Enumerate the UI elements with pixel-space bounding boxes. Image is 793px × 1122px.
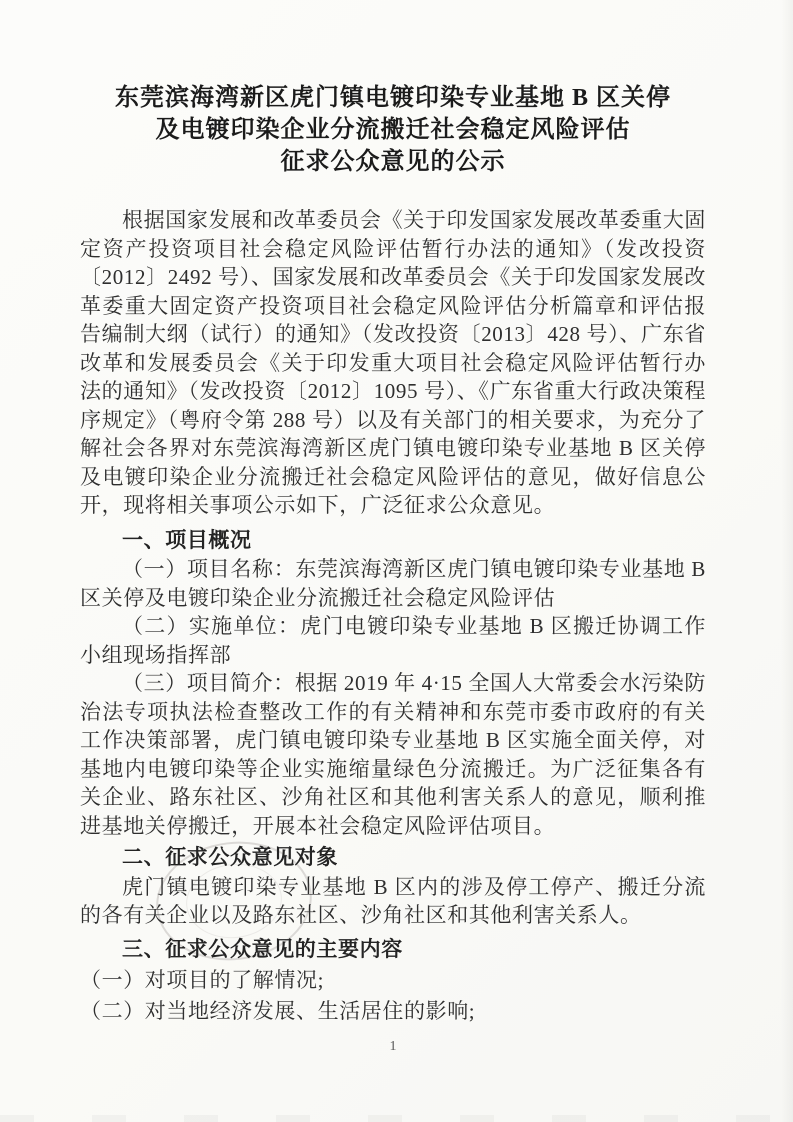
section-1-project-name: （一）项目名称：东莞滨海湾新区虎门镇电镀印染专业基地 B 区关停及电镀印染企业分…	[80, 555, 706, 612]
document-content: 东莞滨海湾新区虎门镇电镀印染专业基地 B 区关停 及电镀印染企业分流搬迁社会稳定…	[80, 0, 706, 1055]
intro-paragraph: 根据国家发展和改革委员会《关于印发国家发展改革委重大固定资产投资项目社会稳定风险…	[80, 206, 706, 520]
section-2-heading: 二、征求公众意见对象	[80, 844, 706, 873]
document-title-line-1: 东莞滨海湾新区虎门镇电镀印染专业基地 B 区关停	[80, 82, 706, 114]
section-2-body: 虎门镇电镀印染专业基地 B 区内的涉及停工停产、搬迁分流的各有关企业以及路东社区…	[80, 873, 706, 930]
section-1-heading: 一、项目概况	[80, 527, 706, 556]
scanned-document-page: 东莞滨海湾新区虎门镇电镀印染专业基地 B 区关停 及电镀印染企业分流搬迁社会稳定…	[0, 0, 793, 1122]
section-3-item-2: （二）对当地经济发展、生活居住的影响;	[80, 997, 706, 1026]
section-1-implement-unit: （二）实施单位：虎门电镀印染专业基地 B 区搬迁协调工作小组现场指挥部	[80, 612, 706, 669]
scanner-edge-right-shadow	[781, 0, 793, 1122]
document-title: 东莞滨海湾新区虎门镇电镀印染专业基地 B 区关停 及电镀印染企业分流搬迁社会稳定…	[80, 82, 706, 178]
document-title-line-2: 及电镀印染企业分流搬迁社会稳定风险评估	[80, 114, 706, 146]
document-title-line-3: 征求公众意见的公示	[80, 146, 706, 178]
scanner-edge-bottom-artifact	[0, 1115, 793, 1122]
page-number: 1	[80, 1039, 706, 1055]
section-3-heading: 三、征求公众意见的主要内容	[80, 936, 706, 965]
section-1-project-brief: （三）项目简介：根据 2019 年 4·15 全国人大常委会水污染防治法专项执法…	[80, 669, 706, 840]
section-3-item-1: （一）对项目的了解情况;	[80, 966, 706, 995]
